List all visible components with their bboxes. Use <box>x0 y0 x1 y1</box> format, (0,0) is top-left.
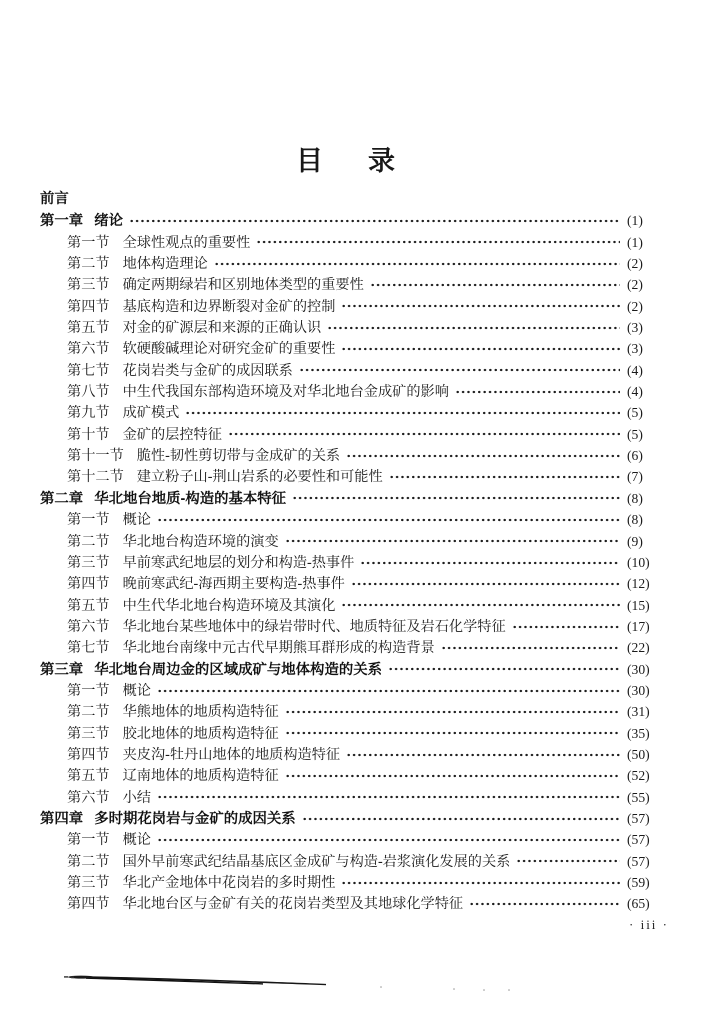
toc-entry-title: 华熊地体的地质构造特征 <box>123 702 279 723</box>
dot-leader <box>157 513 620 527</box>
toc-entry-title: 早前寒武纪地层的划分和构造-热事件 <box>123 553 355 574</box>
toc-entry-label: 第一章 <box>40 211 83 232</box>
page-number: (22) <box>622 637 673 658</box>
toc-entry-title: 多时期花岗岩与金矿的成因关系 <box>94 809 295 830</box>
dot-leader <box>455 385 620 399</box>
dot-leader <box>341 598 620 612</box>
toc-entry-label: 第十二节 <box>67 467 124 488</box>
toc-entry-label: 第一节 <box>67 233 110 254</box>
dot-leader <box>516 854 620 868</box>
dot-leader <box>157 790 620 804</box>
page-number: (4) <box>622 360 673 381</box>
toc-entry-label: 第二节 <box>67 702 110 723</box>
toc-section-row: 第六节小结(55) <box>40 787 673 808</box>
page-number: (3) <box>622 317 673 338</box>
page-number: (57) <box>622 851 673 872</box>
dot-leader <box>285 769 620 783</box>
toc-entry-title: 晚前寒武纪-海西期主要构造-热事件 <box>123 574 345 595</box>
toc-entry-title: 地体构造理论 <box>123 254 208 275</box>
toc-section-row: 第一节全球性观点的重要性(1) <box>40 232 673 253</box>
toc-entry-label: 第十节 <box>67 425 110 446</box>
page-number: (5) <box>622 402 673 423</box>
toc-entry-title: 金矿的层控特征 <box>123 425 222 446</box>
toc-entry-title: 全球性观点的重要性 <box>123 233 251 254</box>
toc-section-row: 第五节中生代华北地台构造环境及其演化(15) <box>40 595 673 616</box>
toc-entry-label: 第三节 <box>67 275 110 296</box>
page-number: (1) <box>622 232 673 253</box>
toc-entry-label: 第三章 <box>40 660 83 681</box>
toc-entry-label: 第十一节 <box>67 446 124 467</box>
toc-entry-label: 第二节 <box>67 852 110 873</box>
toc-section-row: 第七节花岗岩类与金矿的成因联系(4) <box>40 360 673 381</box>
toc-entry-label: 第一节 <box>67 510 110 531</box>
toc-entry-label: 第四节 <box>67 894 110 915</box>
page-number: (17) <box>622 616 673 637</box>
dot-leader <box>441 641 620 655</box>
toc-entry-title: 概论 <box>123 681 151 702</box>
scan-speck <box>508 989 510 991</box>
page-number: (2) <box>622 253 673 274</box>
toc-entry-title: 华北地台构造环境的演变 <box>123 532 279 553</box>
page-number: (30) <box>622 659 673 680</box>
dot-leader <box>389 470 620 484</box>
dot-leader <box>228 427 620 441</box>
dot-leader <box>292 491 620 505</box>
toc-entry-title: 对金的矿源层和来源的正确认识 <box>123 318 322 339</box>
toc-entry-label: 第二节 <box>67 254 110 275</box>
page-number: (2) <box>622 274 673 295</box>
scanned-toc-page: 目 录 前言第一章绪论(1)第一节全球性观点的重要性(1)第二节地体构造理论(2… <box>0 0 713 1034</box>
toc-section-row: 第三节早前寒武纪地层的划分和构造-热事件(10) <box>40 552 673 573</box>
toc-entry-title: 脆性-韧性剪切带与金成矿的关系 <box>137 446 340 467</box>
toc-entry-label: 第一节 <box>67 681 110 702</box>
toc-chapter-row: 第三章华北地台周边金的区域成矿与地体构造的关系(30) <box>40 659 673 680</box>
page-number: (8) <box>622 488 673 509</box>
toc-section-row: 第八节中生代我国东部构造环境及对华北地台金成矿的影响(4) <box>40 381 673 402</box>
toc-section-row: 第二节华北地台构造环境的演变(9) <box>40 531 673 552</box>
toc-section-row: 第三节确定两期绿岩和区别地体类型的重要性(2) <box>40 274 673 295</box>
toc-chapter-row: 第一章绪论(1) <box>40 210 673 231</box>
toc-entry-label: 第四节 <box>67 574 110 595</box>
toc-section-row: 第四节夹皮沟-牡丹山地体的地质构造特征(50) <box>40 744 673 765</box>
toc-entry-title: 中生代华北地台构造环境及其演化 <box>123 596 336 617</box>
toc-chapter-row: 第四章多时期花岗岩与金矿的成因关系(57) <box>40 808 673 829</box>
toc-entry-title: 华北产金地体中花岗岩的多时期性 <box>123 873 336 894</box>
dot-leader <box>341 876 620 890</box>
toc-section-row: 第十二节建立粉子山-荆山岩系的必要性和可能性(7) <box>40 466 673 487</box>
toc-entry-title: 胶北地体的地质构造特征 <box>123 724 279 745</box>
page-number: (35) <box>622 723 673 744</box>
page-number: (57) <box>622 829 673 850</box>
page-number: (10) <box>622 552 673 573</box>
toc-entry-label: 第七节 <box>67 361 110 382</box>
dot-leader <box>185 406 620 420</box>
toc-entry-title: 软硬酸碱理论对研究金矿的重要性 <box>123 339 336 360</box>
toc-section-row: 第一节概论(30) <box>40 680 673 701</box>
toc-entry-label: 第四节 <box>67 297 110 318</box>
page-number: (2) <box>622 296 673 317</box>
toc-entry-title: 华北地台区与金矿有关的花岗岩类型及其地球化学特征 <box>123 894 464 915</box>
toc-entry-title: 概论 <box>123 830 151 851</box>
toc-entry-label: 第三节 <box>67 553 110 574</box>
toc-entry-title: 绪论 <box>94 211 123 232</box>
toc-entry-label: 第七节 <box>67 638 110 659</box>
toc-entry-title: 确定两期绿岩和区别地体类型的重要性 <box>123 275 364 296</box>
page-number: (7) <box>622 466 673 487</box>
page-number: (55) <box>622 787 673 808</box>
toc-section-row: 第三节华北产金地体中花岗岩的多时期性(59) <box>40 872 673 893</box>
page-number: (4) <box>622 381 673 402</box>
toc-section-row: 第二节华熊地体的地质构造特征(31) <box>40 701 673 722</box>
toc-entry-label: 第五节 <box>67 596 110 617</box>
toc-entry-label: 第九节 <box>67 403 110 424</box>
dot-leader <box>512 620 620 634</box>
toc-entry-title: 辽南地体的地质构造特征 <box>123 766 279 787</box>
scan-speck <box>453 988 455 990</box>
toc-entry-label: 第五节 <box>67 318 110 339</box>
dot-leader <box>299 363 620 377</box>
toc-section-row: 第一节概论(8) <box>40 509 673 530</box>
dot-leader <box>157 684 620 698</box>
toc-section-row: 第六节软硬酸碱理论对研究金矿的重要性(3) <box>40 338 673 359</box>
toc-section-row: 第五节辽南地体的地质构造特征(52) <box>40 765 673 786</box>
toc-entry-title: 夹皮沟-牡丹山地体的地质构造特征 <box>123 745 341 766</box>
toc-section-row: 第一节概论(57) <box>40 829 673 850</box>
toc-entry-title: 成矿模式 <box>123 403 180 424</box>
toc-entry-title: 基底构造和边界断裂对金矿的控制 <box>123 297 336 318</box>
toc-entry-title: 中生代我国东部构造环境及对华北地台金成矿的影响 <box>123 382 449 403</box>
page-number: (15) <box>622 595 673 616</box>
dot-leader <box>360 556 620 570</box>
toc-entry-label: 第三节 <box>67 724 110 745</box>
page-number: (8) <box>622 509 673 530</box>
toc-entry-title: 华北地台南缘中元古代早期熊耳群形成的构造背景 <box>123 638 435 659</box>
toc-section-row: 第六节华北地台某些地体中的绿岩带时代、地质特征及岩石化学特征(17) <box>40 616 673 637</box>
scan-speck <box>380 986 382 988</box>
toc-entry-label: 第六节 <box>67 617 110 638</box>
dot-leader <box>341 299 620 313</box>
page-number: (9) <box>622 531 673 552</box>
dot-leader <box>346 449 620 463</box>
toc-preface-row: 前言 <box>40 189 673 210</box>
page-number: (6) <box>622 445 673 466</box>
toc-entry-title: 华北地台某些地体中的绿岩带时代、地质特征及岩石化学特征 <box>123 617 506 638</box>
page-number: (50) <box>622 744 673 765</box>
page-number-footer: · iii · <box>629 917 669 933</box>
dot-leader <box>157 833 620 847</box>
page-number: (3) <box>622 338 673 359</box>
page-number: (5) <box>622 424 673 445</box>
scan-artifact-line <box>48 970 338 994</box>
dot-leader <box>256 235 620 249</box>
toc-section-row: 第九节成矿模式(5) <box>40 402 673 423</box>
toc-entry-label: 第二章 <box>40 489 83 510</box>
dot-leader <box>370 278 620 292</box>
toc-entry-label: 第一节 <box>67 830 110 851</box>
toc-section-row: 第四节晚前寒武纪-海西期主要构造-热事件(12) <box>40 573 673 594</box>
toc-section-row: 第二节国外早前寒武纪结晶基底区金成矿与构造-岩浆演化发展的关系(57) <box>40 851 673 872</box>
toc-entry-label: 第八节 <box>67 382 110 403</box>
toc-entry-title: 花岗岩类与金矿的成因联系 <box>123 361 293 382</box>
page-number: (65) <box>622 893 673 914</box>
toc-entry-title: 概论 <box>123 510 151 531</box>
toc-entry-label: 第四章 <box>40 809 83 830</box>
toc-entry-label: 第六节 <box>67 339 110 360</box>
dot-leader <box>388 662 620 676</box>
dot-leader <box>285 534 620 548</box>
page-number: (12) <box>622 573 673 594</box>
toc-section-row: 第二节地体构造理论(2) <box>40 253 673 274</box>
toc-chapter-row: 第二章华北地台地质-构造的基本特征(8) <box>40 488 673 509</box>
toc-entry-label: 前言 <box>40 189 69 210</box>
page-number: (52) <box>622 765 673 786</box>
page-number: (31) <box>622 701 673 722</box>
toc-section-row: 第四节基底构造和边界断裂对金矿的控制(2) <box>40 296 673 317</box>
toc-entry-label: 第二节 <box>67 532 110 553</box>
toc-entry-title: 华北地台周边金的区域成矿与地体构造的关系 <box>94 660 382 681</box>
toc-entry-label: 第三节 <box>67 873 110 894</box>
page-number: (1) <box>622 210 673 231</box>
toc-entry-label: 第六节 <box>67 788 110 809</box>
toc-section-row: 第四节华北地台区与金矿有关的花岗岩类型及其地球化学特征(65) <box>40 893 673 914</box>
toc-section-row: 第七节华北地台南缘中元古代早期熊耳群形成的构造背景(22) <box>40 637 673 658</box>
toc-entry-label: 第四节 <box>67 745 110 766</box>
page-number: (57) <box>622 808 673 829</box>
dot-leader <box>285 726 620 740</box>
page-number: (30) <box>622 680 673 701</box>
dot-leader <box>214 257 620 271</box>
toc-entry-label: 第五节 <box>67 766 110 787</box>
toc-entry-title: 建立粉子山-荆山岩系的必要性和可能性 <box>137 467 383 488</box>
toc-list: 前言第一章绪论(1)第一节全球性观点的重要性(1)第二节地体构造理论(2)第三节… <box>40 189 673 915</box>
toc-entry-title: 小结 <box>123 788 151 809</box>
dot-leader <box>469 897 620 911</box>
toc-section-row: 第三节胶北地体的地质构造特征(35) <box>40 723 673 744</box>
toc-section-row: 第十节金矿的层控特征(5) <box>40 424 673 445</box>
dot-leader <box>129 214 620 228</box>
scan-speck <box>483 989 485 991</box>
dot-leader <box>285 705 620 719</box>
toc-section-row: 第五节对金的矿源层和来源的正确认识(3) <box>40 317 673 338</box>
toc-entry-title: 华北地台地质-构造的基本特征 <box>94 489 286 510</box>
dot-leader <box>346 748 620 762</box>
dot-leader <box>351 577 620 591</box>
page-title: 目 录 <box>0 139 700 178</box>
page-number: (59) <box>622 872 673 893</box>
toc-entry-title: 国外早前寒武纪结晶基底区金成矿与构造-岩浆演化发展的关系 <box>123 852 511 873</box>
toc-section-row: 第十一节脆性-韧性剪切带与金成矿的关系(6) <box>40 445 673 466</box>
dot-leader <box>341 342 620 356</box>
dot-leader <box>327 321 620 335</box>
dot-leader <box>302 812 620 826</box>
